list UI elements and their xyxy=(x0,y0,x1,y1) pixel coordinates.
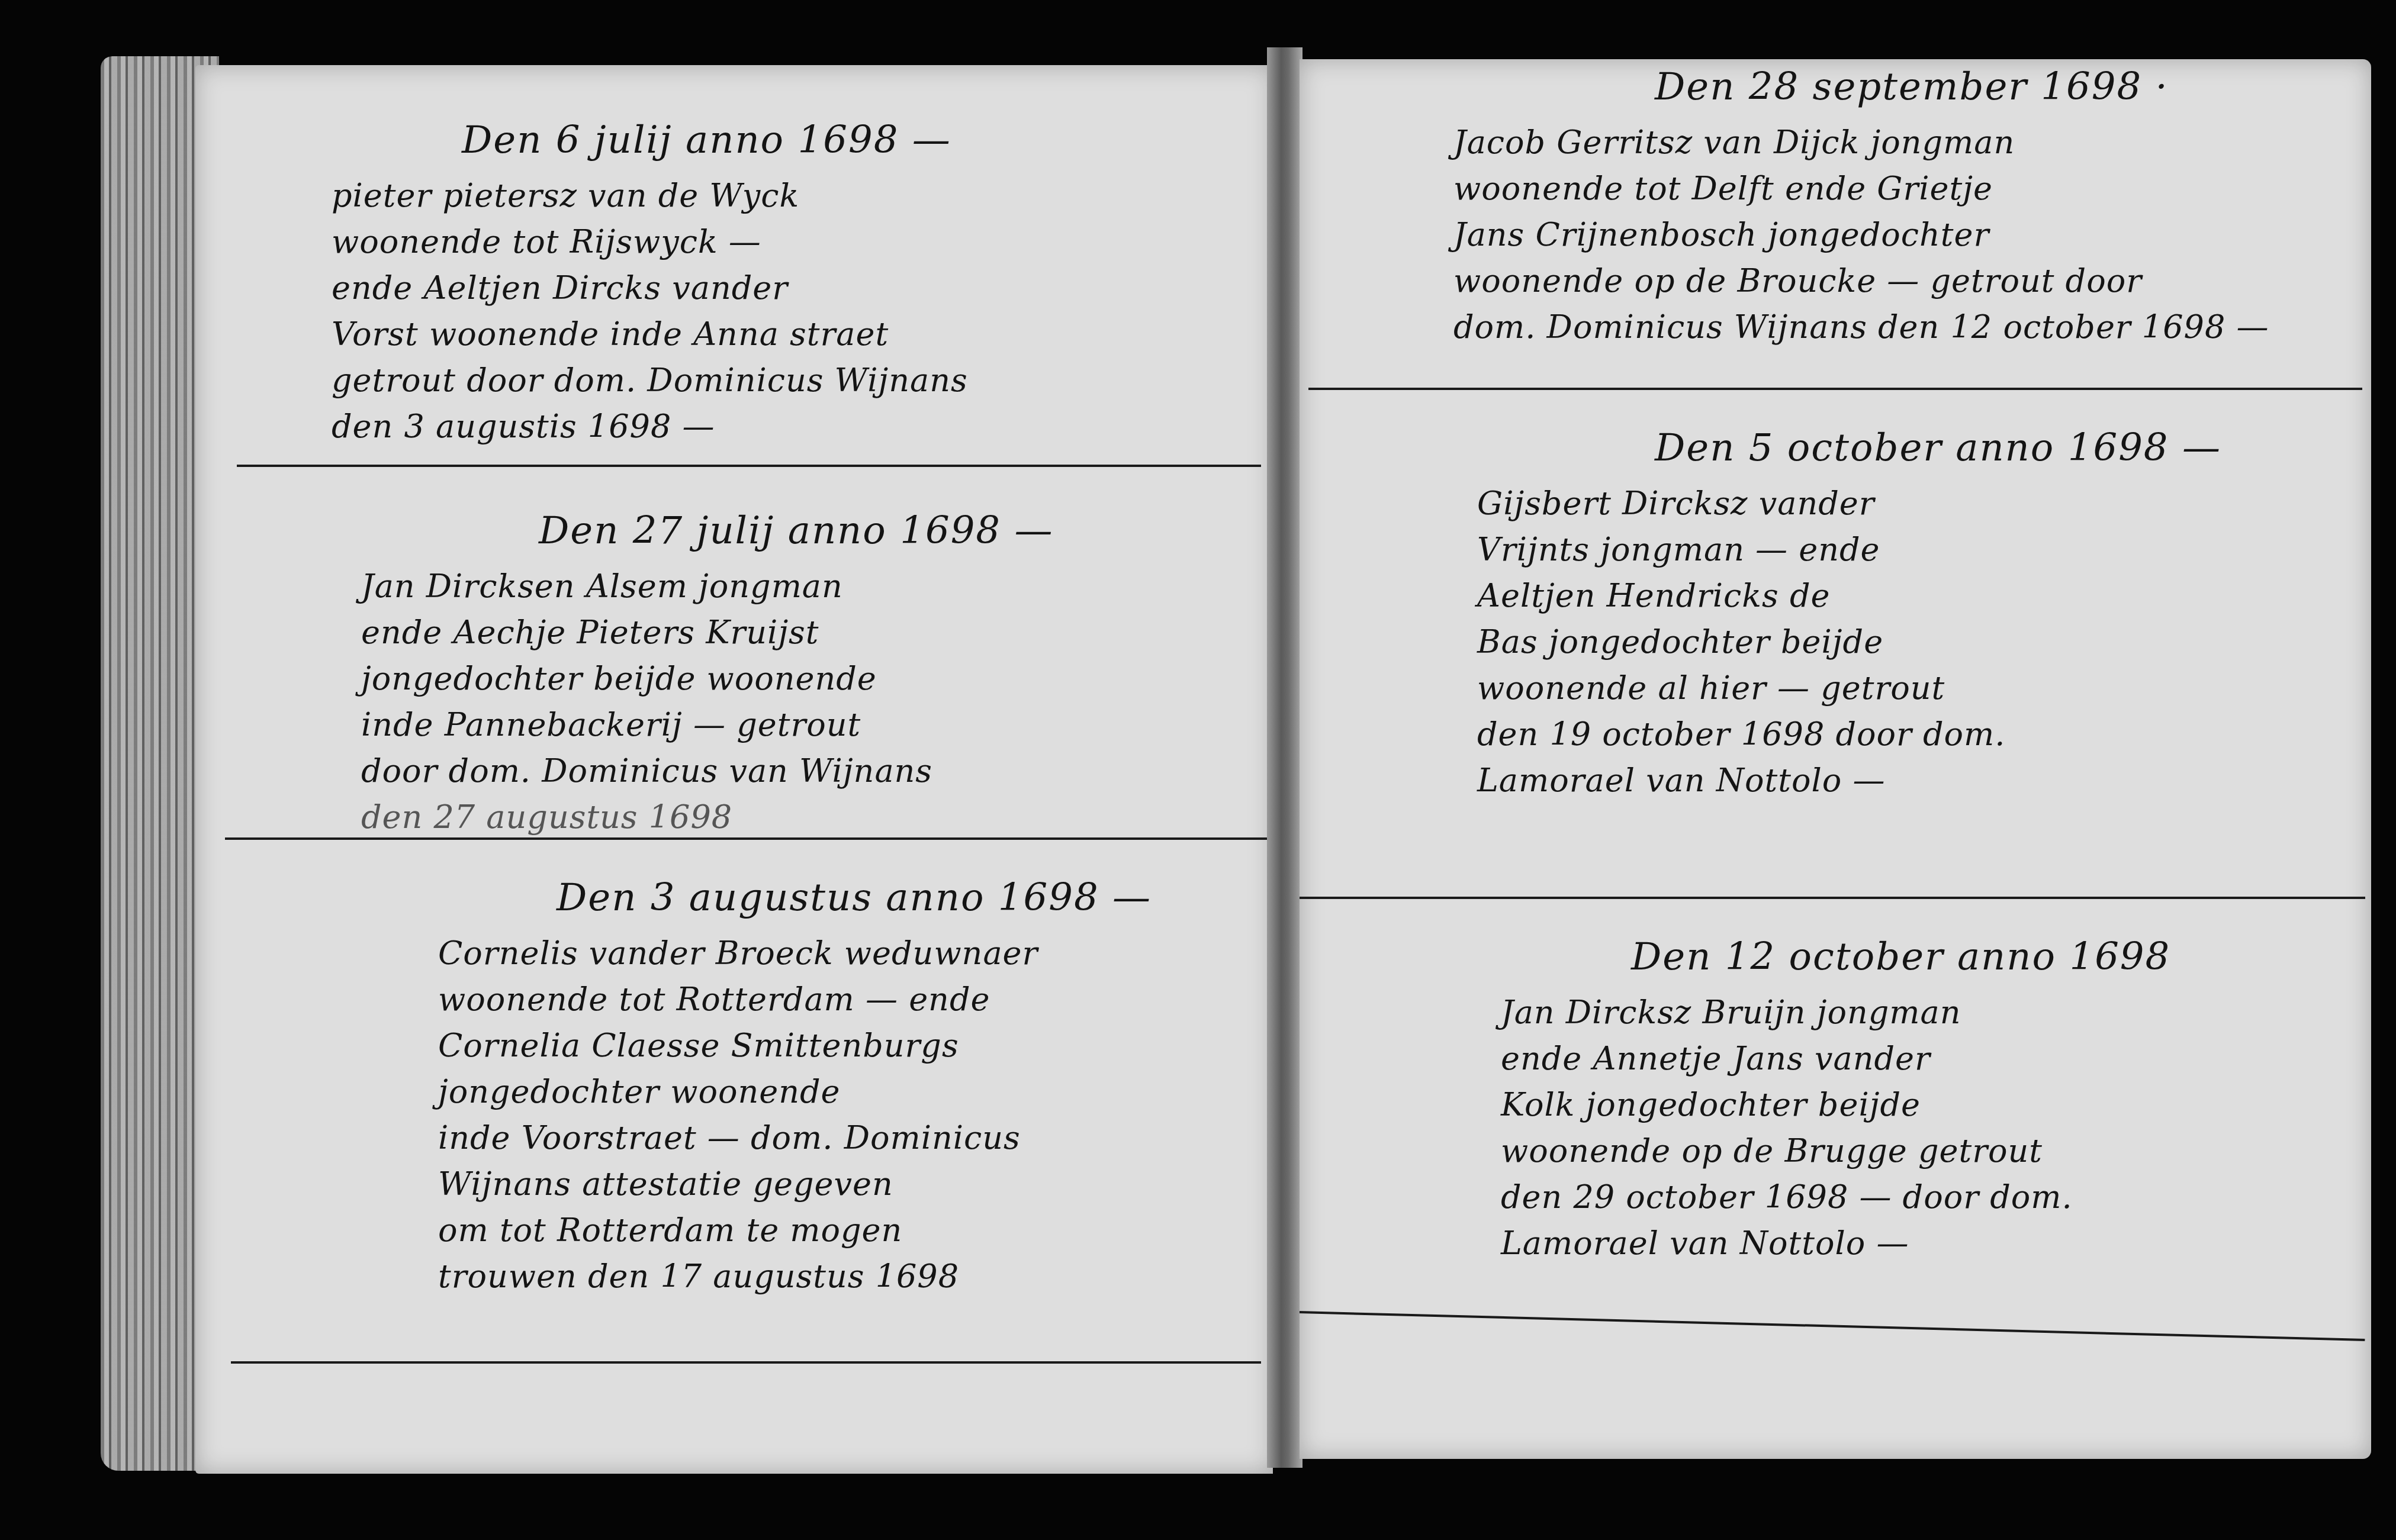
entry-line: Jan Dircksz Bruijn jongman xyxy=(1501,990,2170,1036)
entry-date-heading: Den 6 julij anno 1698 — xyxy=(462,118,968,162)
entry-line: den 27 augustus 1698 xyxy=(361,794,1053,840)
entry-line: trouwen den 17 augustus 1698 xyxy=(438,1254,1152,1300)
entry-line: woonende op de Brugge getrout xyxy=(1501,1128,2170,1174)
entry-date-heading: Den 12 october anno 1698 xyxy=(1631,935,2170,979)
entry-line: ende Aeltjen Dircks vander xyxy=(332,265,968,311)
entry-date-heading: Den 28 september 1698 · xyxy=(1655,65,2269,109)
entry-line: inde Pannebackerij — getrout xyxy=(361,702,1053,748)
entry-line: woonende tot Delft ende Grietje xyxy=(1453,166,2269,212)
register-entry: Den 28 september 1698 · Jacob Gerritsz v… xyxy=(1453,65,2269,350)
entry-line: dom. Dominicus Wijnans den 12 october 16… xyxy=(1453,304,2269,350)
right-page: Den 28 september 1698 · Jacob Gerritsz v… xyxy=(1300,59,2371,1459)
entry-line: om tot Rotterdam te mogen xyxy=(438,1207,1152,1254)
entry-date-heading: Den 27 julij anno 1698 — xyxy=(539,509,1053,553)
register-entry: Den 5 october anno 1698 — Gijsbert Dirck… xyxy=(1477,426,2221,804)
entry-line: woonende al hier — getrout xyxy=(1477,665,2221,711)
entry-line: Vrijnts jongman — ende xyxy=(1477,527,2221,573)
entry-line: Wijnans attestatie gegeven xyxy=(438,1161,1152,1207)
entry-line: den 29 october 1698 — door dom. xyxy=(1501,1174,2170,1220)
entry-date-heading: Den 5 october anno 1698 — xyxy=(1655,426,2221,470)
register-entry: Den 27 julij anno 1698 — Jan Dircksen Al… xyxy=(361,509,1053,840)
register-entry: Den 3 augustus anno 1698 — Cornelis vand… xyxy=(438,876,1152,1300)
entry-line: woonende tot Rotterdam — ende xyxy=(438,977,1152,1023)
entry-divider xyxy=(231,1361,1261,1364)
register-entry: Den 12 october anno 1698 Jan Dircksz Bru… xyxy=(1501,888,2170,1267)
register-entry: Den 6 julij anno 1698 — pieter pietersz … xyxy=(332,118,968,450)
entry-line: Kolk jongedochter beijde xyxy=(1501,1082,2170,1128)
entry-divider xyxy=(225,837,1267,840)
entry-line: Lamorael van Nottolo — xyxy=(1477,758,2221,804)
entry-line: woonende op de Broucke — getrout door xyxy=(1453,258,2269,304)
entry-divider xyxy=(1300,1311,2365,1341)
entry-line: jongedochter woonende xyxy=(438,1069,1152,1115)
entry-line: pieter pietersz van de Wyck xyxy=(332,173,968,219)
entry-line: Vorst woonende inde Anna straet xyxy=(332,311,968,357)
entry-line: den 19 october 1698 door dom. xyxy=(1477,711,2221,758)
entry-line: jongedochter beijde woonende xyxy=(361,656,1053,702)
entry-divider xyxy=(237,465,1261,467)
entry-line: Jans Crijnenbosch jongedochter xyxy=(1453,212,2269,258)
entry-divider xyxy=(1308,388,2362,390)
entry-line: woonende tot Rijswyck — xyxy=(332,219,968,265)
entry-line: ende Annetje Jans vander xyxy=(1501,1036,2170,1082)
entry-line: inde Voorstraet — dom. Dominicus xyxy=(438,1115,1152,1161)
entry-line: door dom. Dominicus van Wijnans xyxy=(361,748,1053,794)
left-page: Den 6 julij anno 1698 — pieter pietersz … xyxy=(195,65,1273,1474)
entry-line: Cornelia Claesse Smittenburgs xyxy=(438,1023,1152,1069)
entry-line: den 3 augustis 1698 — xyxy=(332,404,968,450)
entry-line: Jacob Gerritsz van Dijck jongman xyxy=(1453,120,2269,166)
entry-date-heading: Den 3 augustus anno 1698 — xyxy=(557,876,1152,920)
entry-line: Jan Dircksen Alsem jongman xyxy=(361,563,1053,610)
entry-line: Aeltjen Hendricks de xyxy=(1477,573,2221,619)
entry-line: getrout door dom. Dominicus Wijnans xyxy=(332,357,968,404)
entry-line: ende Aechje Pieters Kruijst xyxy=(361,610,1053,656)
entry-line: Gijsbert Dircksz vander xyxy=(1477,481,2221,527)
entry-line: Bas jongedochter beijde xyxy=(1477,619,2221,665)
book-gutter xyxy=(1267,47,1302,1468)
entry-line: Lamorael van Nottolo — xyxy=(1501,1220,2170,1267)
entry-line: Cornelis vander Broeck weduwnaer xyxy=(438,930,1152,977)
